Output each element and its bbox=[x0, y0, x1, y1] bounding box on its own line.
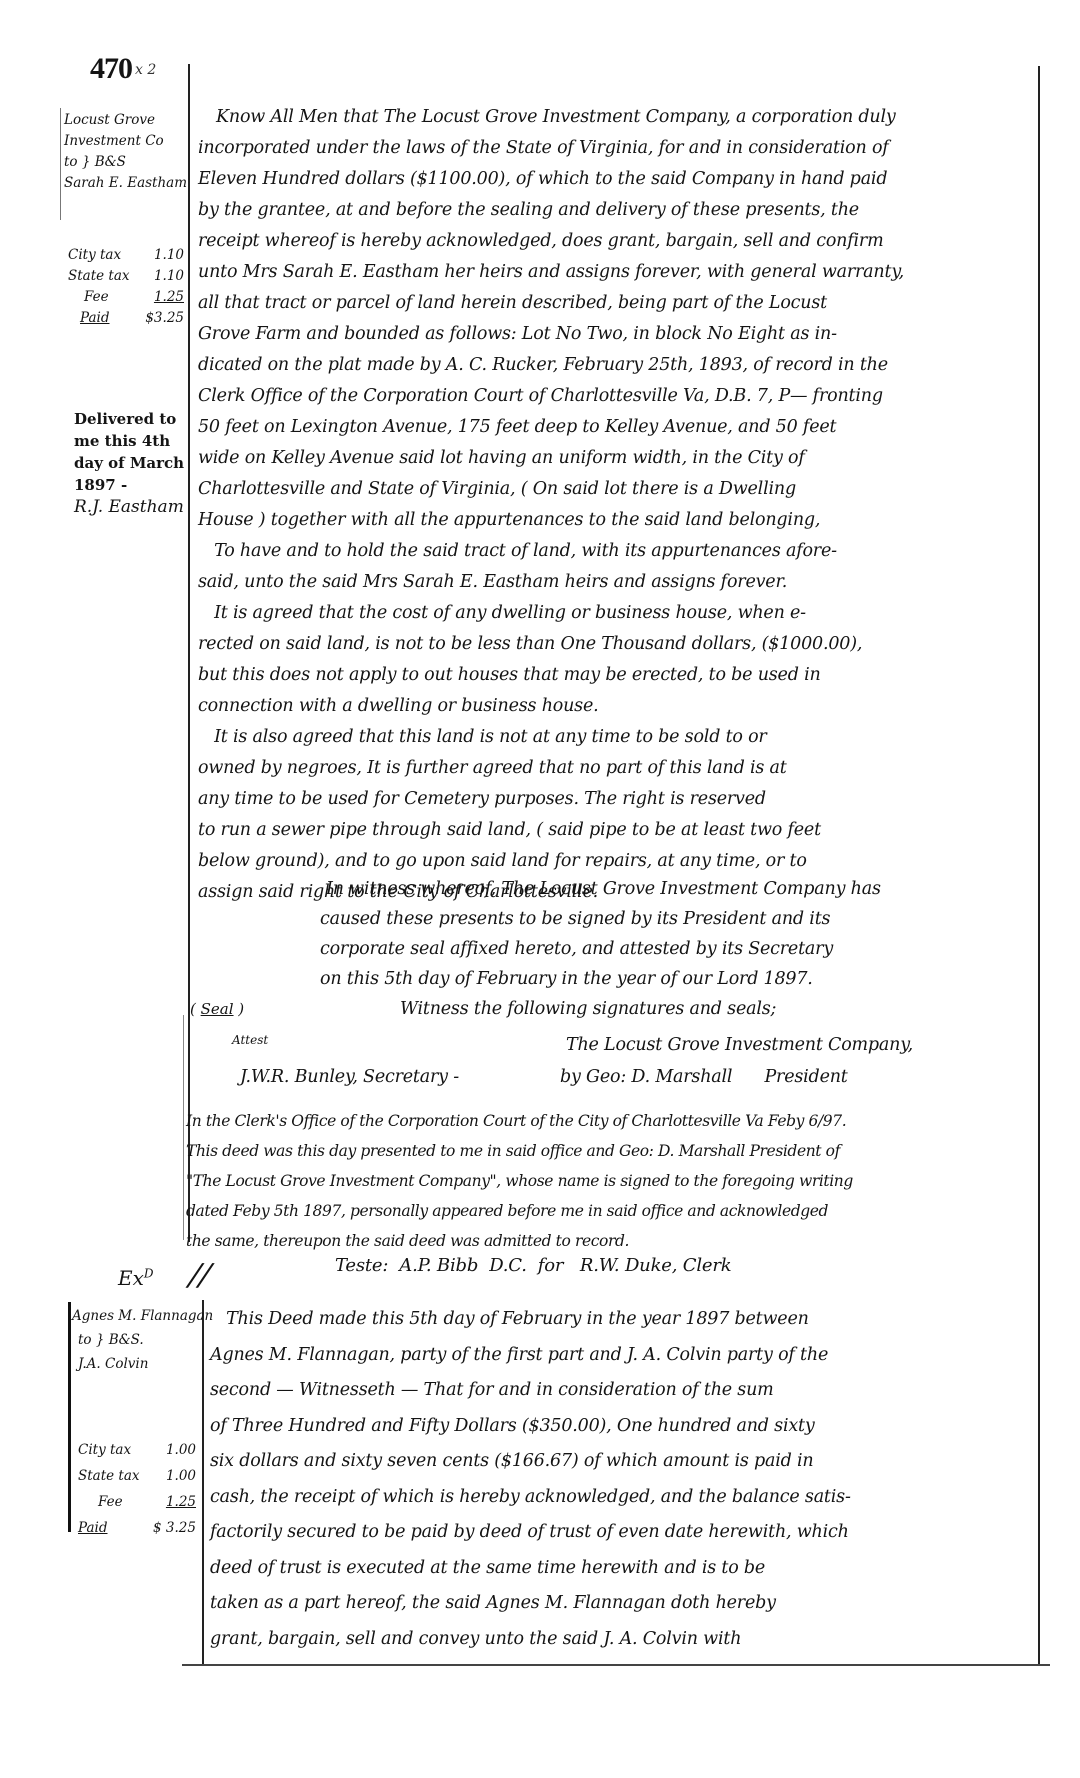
body-line: said, unto the said Mrs Sarah E. Eastham… bbox=[198, 567, 904, 598]
deed2-margin-parties: Agnes M. Flannagan to } B&S. J.A. Colvin bbox=[72, 1304, 213, 1376]
body-line: cash, the receipt of which is hereby ack… bbox=[210, 1480, 851, 1516]
certificate-line: dated Feby 5th 1897, personally appeared… bbox=[186, 1196, 853, 1226]
body-line: second — Witnesseth — That for and in co… bbox=[210, 1373, 851, 1409]
fee-row-city-tax: City tax 1.10 bbox=[68, 245, 184, 266]
body-line: It is also agreed that this land is not … bbox=[198, 722, 904, 753]
body-line: any time to be used for Cemetery purpose… bbox=[198, 784, 904, 815]
body-line: incorporated under the laws of the State… bbox=[198, 133, 904, 164]
body-line: factorily secured to be paid by deed of … bbox=[210, 1515, 851, 1551]
president-signature: by Geo: D. Marshall President bbox=[560, 1062, 848, 1093]
body-line: It is agreed that the cost of any dwelli… bbox=[198, 598, 904, 629]
body-line: to run a sewer pipe through said land, (… bbox=[198, 815, 904, 846]
body-line: 50 feet on Lexington Avenue, 175 feet de… bbox=[198, 412, 904, 443]
fee-amount: $3.25 bbox=[145, 308, 184, 329]
body-line: below ground), and to go upon said land … bbox=[198, 846, 904, 877]
bottom-rule bbox=[182, 1664, 1050, 1666]
certificate-left-rule bbox=[183, 1015, 184, 1240]
seal-label: Seal bbox=[201, 1000, 234, 1018]
body-line: Eleven Hundred dollars ($1100.00), of wh… bbox=[198, 164, 904, 195]
fee-label: Fee bbox=[98, 1492, 123, 1518]
testimonium-line: corporate seal affixed hereto, and attes… bbox=[320, 934, 881, 964]
fee-label: City tax bbox=[68, 245, 121, 266]
margin-party-line: Investment Co bbox=[64, 131, 187, 152]
deed1-fee-list: City tax 1.10 State tax 1.10 Fee 1.25 Pa… bbox=[68, 245, 184, 329]
delivery-line: 1897 - bbox=[74, 474, 184, 496]
margin-party-line: to } B&S bbox=[64, 152, 187, 173]
body-line: deed of trust is executed at the same ti… bbox=[210, 1551, 851, 1587]
testimonium-line: caused these presents to be signed by it… bbox=[320, 904, 881, 934]
certificate-line: This deed was this day presented to me i… bbox=[186, 1136, 853, 1166]
body-line: House ) together with all the appurtenan… bbox=[198, 505, 904, 536]
right-border bbox=[1038, 66, 1040, 1666]
margin-party-line: to } B&S. bbox=[72, 1328, 213, 1352]
body-line: To have and to hold the said tract of la… bbox=[198, 536, 904, 567]
left-border-deed1 bbox=[60, 108, 61, 220]
body-line: grant, bargain, sell and convey unto the… bbox=[210, 1622, 851, 1658]
body-line: connection with a dwelling or business h… bbox=[198, 691, 904, 722]
body-line: owned by negroes, It is further agreed t… bbox=[198, 753, 904, 784]
testimonium-line: Witness the following signatures and sea… bbox=[320, 994, 881, 1024]
margin-party-line: Sarah E. Eastham bbox=[64, 173, 187, 194]
certificate-line: "The Locust Grove Investment Company", w… bbox=[186, 1166, 853, 1196]
body-line: all that tract or parcel of land herein … bbox=[198, 288, 904, 319]
ex-label: Ex bbox=[118, 1266, 144, 1290]
body-line: receipt whereof is hereby acknowledged, … bbox=[198, 226, 904, 257]
fee-label: State tax bbox=[68, 266, 130, 287]
body-line: unto Mrs Sarah E. Eastham her heirs and … bbox=[198, 257, 904, 288]
testimonium-line: on this 5th day of February in the year … bbox=[320, 964, 881, 994]
body-line: Clerk Office of the Corporation Court of… bbox=[198, 381, 904, 412]
fee-row-fee: Fee 1.25 bbox=[78, 1492, 196, 1518]
body-line: taken as a part hereof, the said Agnes M… bbox=[210, 1586, 851, 1622]
body-line: Know All Men that The Locust Grove Inves… bbox=[198, 102, 904, 133]
fee-amount: 1.00 bbox=[166, 1440, 196, 1466]
body-line: Grove Farm and bounded as follows: Lot N… bbox=[198, 319, 904, 350]
deed2-fee-list: City tax 1.00 State tax 1.00 Fee 1.25 Pa… bbox=[78, 1440, 196, 1544]
body-line: rected on said land, is not to be less t… bbox=[198, 629, 904, 660]
body-line: by the grantee, at and before the sealin… bbox=[198, 195, 904, 226]
fee-amount: 1.25 bbox=[154, 287, 184, 308]
margin-party-line: Locust Grove bbox=[64, 110, 187, 131]
fee-row-state-tax: State tax 1.10 bbox=[68, 266, 184, 287]
company-signature: The Locust Grove Investment Company, bbox=[566, 1030, 913, 1061]
delivery-signature: R.J. Eastham bbox=[74, 496, 184, 518]
body-line: wide on Kelley Avenue said lot having an… bbox=[198, 443, 904, 474]
delivery-line: me this 4th bbox=[74, 430, 184, 452]
fee-row-paid: Paid $ 3.25 bbox=[78, 1518, 196, 1544]
testimonium-line: In witness whereof, The Locust Grove Inv… bbox=[320, 874, 881, 904]
delivery-line: day of March bbox=[74, 452, 184, 474]
ex-mark: ExD bbox=[118, 1266, 154, 1290]
page-number: 470 bbox=[90, 52, 132, 86]
fee-amount: 1.25 bbox=[166, 1492, 196, 1518]
body-line: of Three Hundred and Fifty Dollars ($350… bbox=[210, 1409, 851, 1445]
fee-row-state-tax: State tax 1.00 bbox=[78, 1466, 196, 1492]
seal-marker: ( Seal ) bbox=[190, 1000, 244, 1018]
attest-label: Attest bbox=[232, 1033, 268, 1047]
page-number-mark: x 2 bbox=[135, 62, 156, 78]
body-line: dicated on the plat made by A. C. Rucker… bbox=[198, 350, 904, 381]
fee-row-city-tax: City tax 1.00 bbox=[78, 1440, 196, 1466]
margin-party-line: Agnes M. Flannagan bbox=[72, 1304, 213, 1328]
section-separator-slashes: // bbox=[184, 1258, 217, 1293]
fee-amount: 1.00 bbox=[166, 1466, 196, 1492]
secretary-signature: J.W.R. Bunley, Secretary - bbox=[240, 1062, 459, 1093]
fee-label: Paid bbox=[80, 308, 110, 329]
certificate-line: In the Clerk's Office of the Corporation… bbox=[186, 1106, 853, 1136]
clerk-certificate: In the Clerk's Office of the Corporation… bbox=[186, 1106, 853, 1256]
fee-label: Fee bbox=[84, 287, 109, 308]
body-line: but this does not apply to out houses th… bbox=[198, 660, 904, 691]
margin-divider-top bbox=[188, 64, 190, 1242]
fee-label: Paid bbox=[78, 1518, 108, 1544]
teste-attestation: Teste: A.P. Bibb D.C. for R.W. Duke, Cle… bbox=[335, 1250, 731, 1281]
body-line: Charlottesville and State of Virginia, (… bbox=[198, 474, 904, 505]
fee-amount: $ 3.25 bbox=[153, 1518, 196, 1544]
fee-label: City tax bbox=[78, 1440, 131, 1466]
margin-party-line: J.A. Colvin bbox=[72, 1352, 213, 1376]
delivery-note: Delivered to me this 4th day of March 18… bbox=[74, 408, 184, 518]
fee-label: State tax bbox=[78, 1466, 140, 1492]
fee-row-paid: Paid $3.25 bbox=[68, 308, 184, 329]
fee-amount: 1.10 bbox=[154, 245, 184, 266]
deed1-body: Know All Men that The Locust Grove Inves… bbox=[198, 102, 904, 908]
body-line: Agnes M. Flannagan, party of the first p… bbox=[210, 1338, 851, 1374]
body-line: six dollars and sixty seven cents ($166.… bbox=[210, 1444, 851, 1480]
testimonium-clause: In witness whereof, The Locust Grove Inv… bbox=[320, 874, 881, 1024]
delivery-line: Delivered to bbox=[74, 408, 184, 430]
fee-row-fee: Fee 1.25 bbox=[68, 287, 184, 308]
ex-superscript: D bbox=[144, 1266, 154, 1280]
deed2-body: This Deed made this 5th day of February … bbox=[210, 1302, 851, 1657]
body-line: This Deed made this 5th day of February … bbox=[210, 1302, 851, 1338]
left-border-deed2 bbox=[68, 1302, 71, 1532]
deed-book-page: 470 x 2 Locust Grove Investment Co to } … bbox=[0, 0, 1080, 1778]
deed1-margin-parties: Locust Grove Investment Co to } B&S Sara… bbox=[64, 110, 187, 194]
fee-amount: 1.10 bbox=[154, 266, 184, 287]
